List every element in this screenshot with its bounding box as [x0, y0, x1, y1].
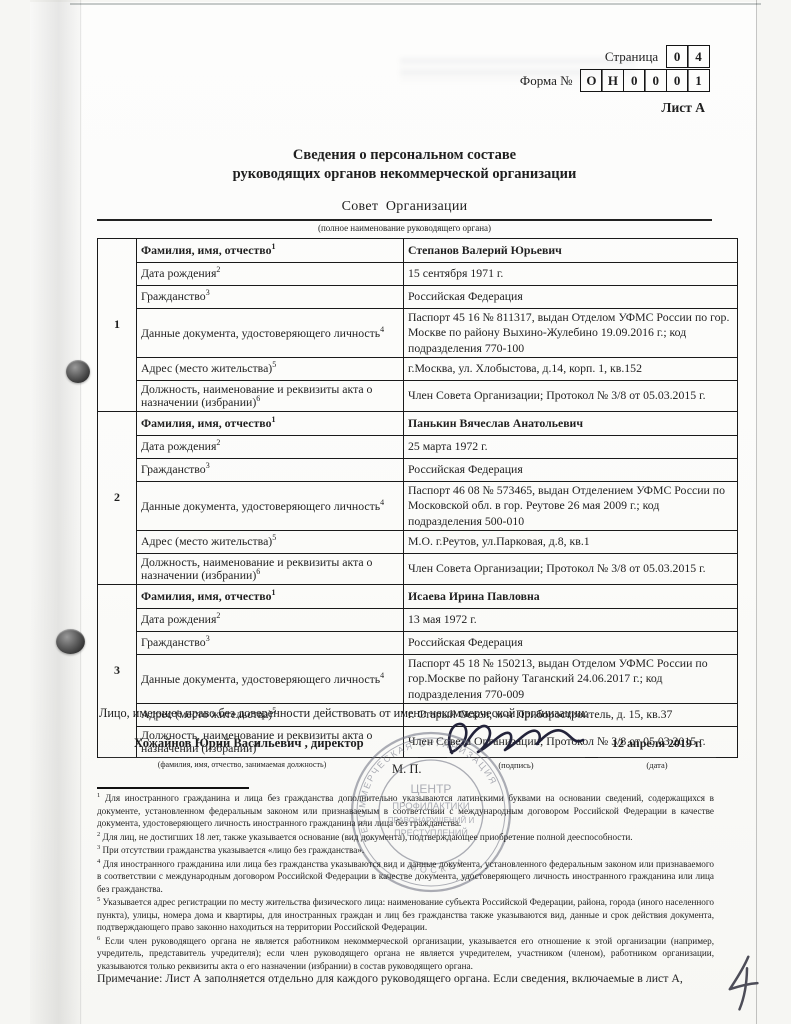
- field-label-cell: Фамилия, имя, отчество1: [137, 412, 404, 436]
- governing-body-underline: [97, 219, 712, 221]
- table-row: 1Фамилия, имя, отчество1Степанов Валерий…: [98, 239, 738, 263]
- field-label-cell: Должность, наименование и реквизиты акта…: [137, 381, 404, 412]
- signature-line: [447, 736, 585, 758]
- field-value: Российская Федерация: [404, 459, 738, 482]
- field-label-cell: Гражданство3: [137, 286, 404, 309]
- footnote-ref: 4: [380, 498, 384, 507]
- footnote-ref: 4: [380, 671, 384, 680]
- table-row: Данные документа, удостоверяющего личнос…: [98, 482, 738, 531]
- field-label: Данные документа, удостоверяющего личнос…: [141, 326, 380, 340]
- footnote-ref: 2: [216, 612, 220, 621]
- form-code-box: Н: [601, 69, 624, 92]
- hole-punch-icon: [56, 629, 85, 654]
- footnote-ref: 1: [271, 588, 275, 597]
- field-value: Исаева Ирина Павловна: [404, 585, 738, 609]
- page-number-boxes: 04: [667, 45, 710, 68]
- note-text: Примечание: Лист А заполняется отдельно …: [97, 971, 714, 986]
- footnote-ref: 5: [272, 361, 276, 370]
- field-label: Адрес (место жительства): [141, 534, 272, 548]
- page-title-line1: Сведения о персональном составе: [97, 146, 712, 165]
- field-label: Гражданство: [141, 635, 206, 649]
- field-label-cell: Гражданство3: [137, 632, 404, 655]
- page-number-row: Страница 04: [605, 45, 710, 68]
- footnote-number: 6: [97, 934, 100, 941]
- table-row: Гражданство3Российская Федерация: [98, 459, 738, 482]
- row-number: 3: [98, 585, 137, 758]
- field-label: Адрес (место жительства): [141, 361, 272, 375]
- form-code-label: Форма №: [520, 73, 573, 89]
- field-label: Дата рождения: [141, 266, 216, 280]
- form-code-box: 4: [687, 45, 710, 68]
- footnote-separator: [97, 787, 249, 789]
- footnote-text: При отсутствии гражданства указывается «…: [103, 845, 365, 855]
- page-fold-shadow: [30, 0, 82, 1024]
- form-code-box: 0: [666, 45, 689, 68]
- footnote-ref: 6: [256, 567, 260, 576]
- table-row: 2Фамилия, имя, отчество1Панькин Вячеслав…: [98, 412, 738, 436]
- governing-body-name: Совет Организации: [97, 199, 712, 215]
- field-value: 13 мая 1972 г.: [404, 609, 738, 632]
- scan-edge-line: [70, 3, 761, 5]
- field-label-cell: Должность, наименование и реквизиты акта…: [137, 554, 404, 585]
- table-row: Адрес (место жительства)5М.О. г.Реутов, …: [98, 531, 738, 554]
- footnote: 3 При отсутствии гражданства указывается…: [97, 844, 714, 857]
- field-label-cell: Фамилия, имя, отчество1: [137, 239, 404, 263]
- form-number-boxes: ОН0001: [582, 69, 710, 92]
- footnote: 5 Указывается адрес регистрации по месту…: [97, 896, 714, 934]
- governing-body-caption: (полное наименование руководящего органа…: [97, 223, 712, 233]
- row-number: 1: [98, 239, 137, 412]
- table-row: Дата рождения215 сентября 1971 г.: [98, 263, 738, 286]
- field-value: Российская Федерация: [404, 286, 738, 309]
- footnote-ref: 5: [272, 534, 276, 543]
- field-label: Фамилия, имя, отчество: [141, 243, 271, 257]
- members-table: 1Фамилия, имя, отчество1Степанов Валерий…: [97, 238, 738, 758]
- field-value: Член Совета Организации; Протокол № 3/8 …: [404, 554, 738, 585]
- table-row: Дата рождения225 марта 1972 г.: [98, 436, 738, 459]
- footnote-ref: 1: [271, 415, 275, 424]
- field-value: 15 сентября 1971 г.: [404, 263, 738, 286]
- footnote-number: 3: [97, 844, 100, 851]
- footnote: 1 Для иностранного гражданина и лица без…: [97, 792, 714, 830]
- field-label-cell: Дата рождения2: [137, 609, 404, 632]
- field-value: Панькин Вячеслав Анатольевич: [404, 412, 738, 436]
- form-code-box: О: [580, 69, 603, 92]
- field-label: Фамилия, имя, отчество: [141, 416, 271, 430]
- footnote-ref: 2: [216, 266, 220, 275]
- form-code-box: 0: [623, 69, 646, 92]
- field-value: М.О. г.Реутов, ул.Парковая, д.8, кв.1: [404, 531, 738, 554]
- footnote: 6 Если член руководящего органа не являе…: [97, 935, 714, 973]
- footnote: 4 Для иностранного гражданина или лица б…: [97, 858, 714, 896]
- field-label-cell: Адрес (место жительства)5: [137, 531, 404, 554]
- form-code-box: 0: [666, 69, 689, 92]
- table-row: Дата рождения213 мая 1972 г.: [98, 609, 738, 632]
- field-value: Паспорт 45 16 № 811317, выдан Отделом УФ…: [404, 309, 738, 358]
- field-label: Дата рождения: [141, 612, 216, 626]
- table-row: Адрес (место жительства)5г.Москва, ул. Х…: [98, 358, 738, 381]
- field-label-cell: Адрес (место жительства)5: [137, 358, 404, 381]
- footnote-number: 2: [97, 830, 100, 837]
- authorized-person-intro: Лицо, имеющее право без доверенности дей…: [99, 706, 709, 721]
- seal-place-label: М. П.: [392, 762, 422, 777]
- field-label-cell: Фамилия, имя, отчество1: [137, 585, 404, 609]
- form-code-box: 0: [644, 69, 667, 92]
- page-number-label: Страница: [605, 49, 658, 65]
- field-label: Дата рождения: [141, 439, 216, 453]
- table-row: 3Фамилия, имя, отчество1Исаева Ирина Пав…: [98, 585, 738, 609]
- footnotes: 1 Для иностранного гражданина и лица без…: [97, 792, 714, 973]
- footnote-text: Для иностранного гражданина или лица без…: [97, 859, 714, 894]
- sheet-label: Лист А: [661, 100, 705, 116]
- field-label-cell: Данные документа, удостоверяющего личнос…: [137, 309, 404, 358]
- signer-name: Хожайнов Юрий Васильевич , директор: [100, 736, 418, 758]
- footnote-ref: 3: [206, 635, 210, 644]
- footnote: 2 Для лиц, не достигших 18 лет, также ук…: [97, 831, 714, 844]
- field-value: Степанов Валерий Юрьевич: [404, 239, 738, 263]
- footnote-ref: 1: [271, 242, 275, 251]
- paper-right-edge: [756, 0, 757, 1024]
- field-value: Российская Федерация: [404, 632, 738, 655]
- field-label: Фамилия, имя, отчество: [141, 589, 271, 603]
- page-title-line2: руководящих органов некоммерческой орган…: [97, 165, 712, 184]
- signer-name-caption: (фамилия, имя, отчество, занимаемая долж…: [100, 760, 384, 769]
- field-label-cell: Дата рождения2: [137, 263, 404, 286]
- hole-punch-icon: [66, 360, 90, 383]
- field-label-cell: Данные документа, удостоверяющего личнос…: [137, 655, 404, 704]
- table-row: Данные документа, удостоверяющего личнос…: [98, 309, 738, 358]
- field-label: Гражданство: [141, 462, 206, 476]
- field-value: Паспорт 46 08 № 573465, выдан Отделением…: [404, 482, 738, 531]
- field-label: Данные документа, удостоверяющего личнос…: [141, 499, 380, 513]
- table-row: Гражданство3Российская Федерация: [98, 286, 738, 309]
- footnote-ref: 3: [206, 289, 210, 298]
- footnote-number: 5: [97, 896, 100, 903]
- table-row: Гражданство3Российская Федерация: [98, 632, 738, 655]
- footnote-text: Указывается адрес регистрации по месту ж…: [97, 897, 714, 932]
- footnote-ref: 4: [380, 325, 384, 334]
- field-value: г.Москва, ул. Хлобыстова, д.14, корп. 1,…: [404, 358, 738, 381]
- footnote-text: Для лиц, не достигших 18 лет, также указ…: [103, 832, 633, 842]
- footnote-ref: 3: [206, 462, 210, 471]
- table-row: Должность, наименование и реквизиты акта…: [98, 554, 738, 585]
- field-label-cell: Дата рождения2: [137, 436, 404, 459]
- members-table-body: 1Фамилия, имя, отчество1Степанов Валерий…: [98, 239, 738, 758]
- row-number: 2: [98, 412, 137, 585]
- field-value: Паспорт 45 18 № 150213, выдан Отделом УФ…: [404, 655, 738, 704]
- footnote-number: 1: [97, 792, 100, 799]
- footnote-ref: 6: [256, 394, 260, 403]
- signature-date-caption: (дата): [598, 760, 716, 770]
- field-label-cell: Данные документа, удостоверяющего личнос…: [137, 482, 404, 531]
- field-value: Член Совета Организации; Протокол № 3/8 …: [404, 381, 738, 412]
- table-row: Должность, наименование и реквизиты акта…: [98, 381, 738, 412]
- page-title: Сведения о персональном составе руководя…: [97, 146, 712, 184]
- footnote-ref: 2: [216, 439, 220, 448]
- signature-date: 12 апреля 2019 г.: [598, 736, 716, 758]
- footnote-text: Для иностранного гражданина и лица без г…: [97, 793, 714, 828]
- table-row: Данные документа, удостоверяющего личнос…: [98, 655, 738, 704]
- form-code-row: Форма № ОН0001: [520, 69, 710, 92]
- footnote-text: Если член руководящего органа не являетс…: [97, 936, 714, 971]
- handwritten-page-number: [723, 952, 765, 1017]
- field-value: 25 марта 1972 г.: [404, 436, 738, 459]
- field-label: Данные документа, удостоверяющего личнос…: [141, 672, 380, 686]
- field-label: Гражданство: [141, 289, 206, 303]
- page-fold-line: [80, 0, 81, 1024]
- form-code-box: 1: [687, 69, 710, 92]
- signature-caption: (подпись): [447, 760, 585, 770]
- footnote-number: 4: [97, 857, 100, 864]
- field-label-cell: Гражданство3: [137, 459, 404, 482]
